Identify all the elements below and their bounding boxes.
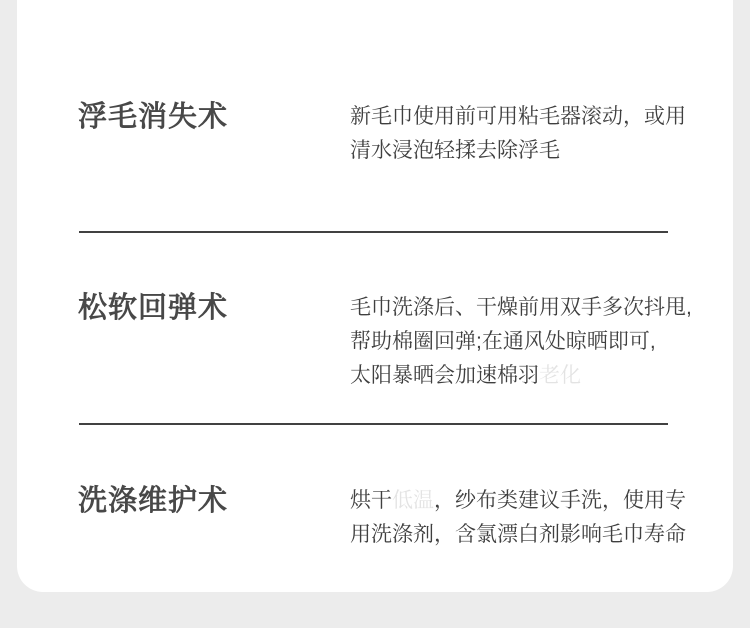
faded-erased-text: 老化 bbox=[539, 364, 581, 387]
description-line: 用洗涤剂，含氯漂白剂影响毛巾寿命 bbox=[350, 518, 702, 552]
page: 浮毛消失术 新毛巾使用前可用粘毛器滚动，或用 清水浸泡轻揉去除浮毛 松软回弹术 … bbox=[0, 0, 750, 628]
description-line: 毛巾洗涤后、干燥前用双手多次抖甩, bbox=[350, 291, 702, 325]
section-description: 新毛巾使用前可用粘毛器滚动，或用 清水浸泡轻揉去除浮毛 bbox=[350, 100, 702, 168]
description-line: 清水浸泡轻揉去除浮毛 bbox=[350, 134, 702, 168]
description-line: 烘干低温，纱布类建议手洗，使用专 bbox=[350, 484, 702, 518]
section-title: 浮毛消失术 bbox=[78, 100, 228, 134]
description-line: 帮助棉圈回弹;在通风处晾晒即可, bbox=[350, 325, 702, 359]
towel-care-card: 浮毛消失术 新毛巾使用前可用粘毛器滚动，或用 清水浸泡轻揉去除浮毛 松软回弹术 … bbox=[17, 0, 733, 592]
description-line: 太阳暴晒会加速棉羽老化 bbox=[350, 359, 702, 393]
section-divider bbox=[79, 231, 668, 233]
faded-erased-text: 低温 bbox=[392, 489, 434, 512]
section-title: 松软回弹术 bbox=[78, 291, 228, 325]
description-text: 太阳暴晒会加速棉羽 bbox=[350, 364, 539, 387]
description-text: 烘干 bbox=[350, 489, 392, 512]
section-description: 烘干低温，纱布类建议手洗，使用专 用洗涤剂，含氯漂白剂影响毛巾寿命 bbox=[350, 484, 702, 552]
section-description: 毛巾洗涤后、干燥前用双手多次抖甩, 帮助棉圈回弹;在通风处晾晒即可, 太阳暴晒会… bbox=[350, 291, 702, 393]
section-divider bbox=[79, 423, 668, 425]
section-title: 洗涤维护术 bbox=[78, 484, 228, 518]
description-line: 新毛巾使用前可用粘毛器滚动，或用 bbox=[350, 100, 702, 134]
description-text: ，纱布类建议手洗，使用专 bbox=[434, 489, 686, 512]
